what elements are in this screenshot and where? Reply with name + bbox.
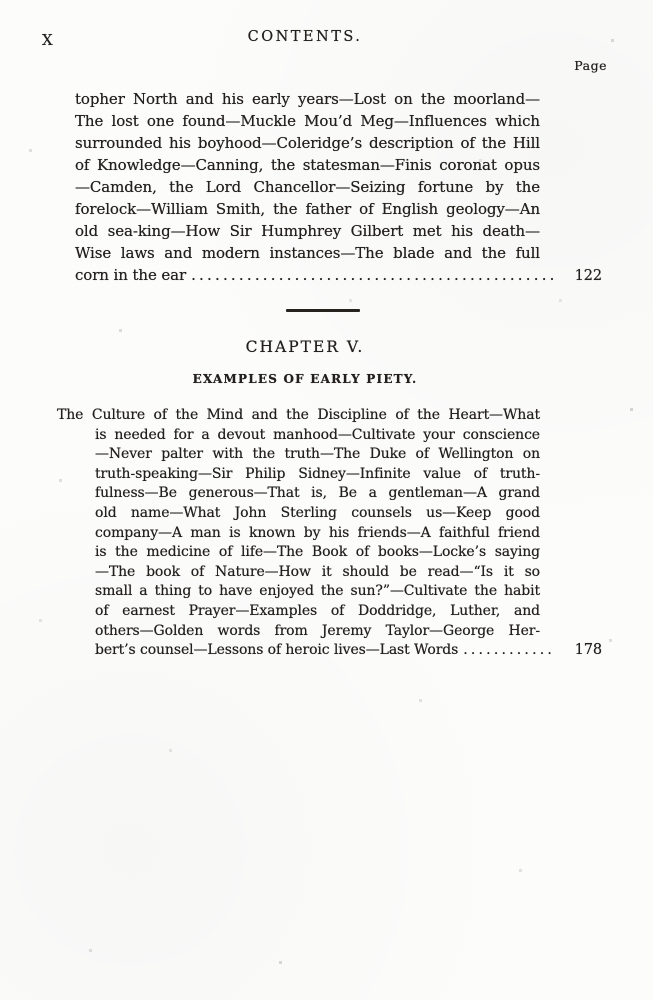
toc-line: small a thing to have enjoyed the sun?”—… [95, 582, 540, 602]
toc-line: The lost one found—Muckle Mou’d Meg—Infl… [75, 110, 540, 132]
toc-line: old sea-king—How Sir Humphrey Gilbert me… [75, 220, 540, 242]
chapter-title: CHAPTER V. [70, 338, 540, 356]
toc-line-text: bert’s counsel—Lessons of heroic lives—L… [95, 641, 458, 661]
scan-speckles [0, 0, 1, 1]
page-number: 122 [568, 265, 602, 287]
book-page: X CONTENTS. Page topher North and his ea… [0, 0, 653, 1000]
dot-leader: ........................................… [458, 641, 553, 661]
running-head: CONTENTS. [70, 29, 540, 45]
toc-line: is needed for a devout manhood—Cultivate… [95, 426, 540, 446]
toc-line: of earnest Prayer—Examples of Doddridge,… [95, 602, 540, 622]
page-number: 178 [568, 641, 602, 661]
toc-entry-chapter-4: topher North and his early years—Lost on… [75, 88, 602, 287]
toc-line: others—Golden words from Jeremy Taylor—G… [95, 622, 540, 642]
toc-line: Wise laws and modern instances—The blade… [75, 242, 540, 264]
toc-line: fulness—Be generous—That is, Be a gentle… [95, 484, 540, 504]
dot-leader: ........................................… [186, 264, 553, 286]
folio-number: X [42, 31, 54, 49]
section-divider [286, 309, 360, 312]
toc-line: surrounded his boyhood—Coleridge’s descr… [75, 132, 540, 154]
toc-line: of Knowledge—Canning, the statesman—Fini… [75, 154, 540, 176]
toc-line-with-page: corn in the ear ........................… [75, 264, 602, 287]
toc-line-with-page: bert’s counsel—Lessons of heroic lives—L… [95, 641, 602, 661]
toc-line: company—A man is known by his friends—A … [95, 524, 540, 544]
page-column-label: Page [574, 58, 607, 73]
toc-line: truth-speaking—Sir Philip Sidney—Infinit… [95, 465, 540, 485]
toc-line: —The book of Nature—How it should be rea… [95, 563, 540, 583]
toc-entry-chapter-5: The Culture of the Mind and the Discipli… [95, 406, 602, 661]
chapter-subtitle: EXAMPLES OF EARLY PIETY. [70, 372, 540, 386]
toc-line: —Never palter with the truth—The Duke of… [95, 445, 540, 465]
toc-line: is the medicine of life—The Book of book… [95, 543, 540, 563]
toc-line-text: corn in the ear [75, 264, 186, 286]
toc-line: —Camden, the Lord Chancellor—Seizing for… [75, 176, 540, 198]
toc-line: topher North and his early years—Lost on… [75, 88, 540, 110]
toc-line: The Culture of the Mind and the Discipli… [57, 406, 540, 426]
toc-line: forelock—William Smith, the father of En… [75, 198, 540, 220]
toc-line: old name—What John Sterling counsels us—… [95, 504, 540, 524]
